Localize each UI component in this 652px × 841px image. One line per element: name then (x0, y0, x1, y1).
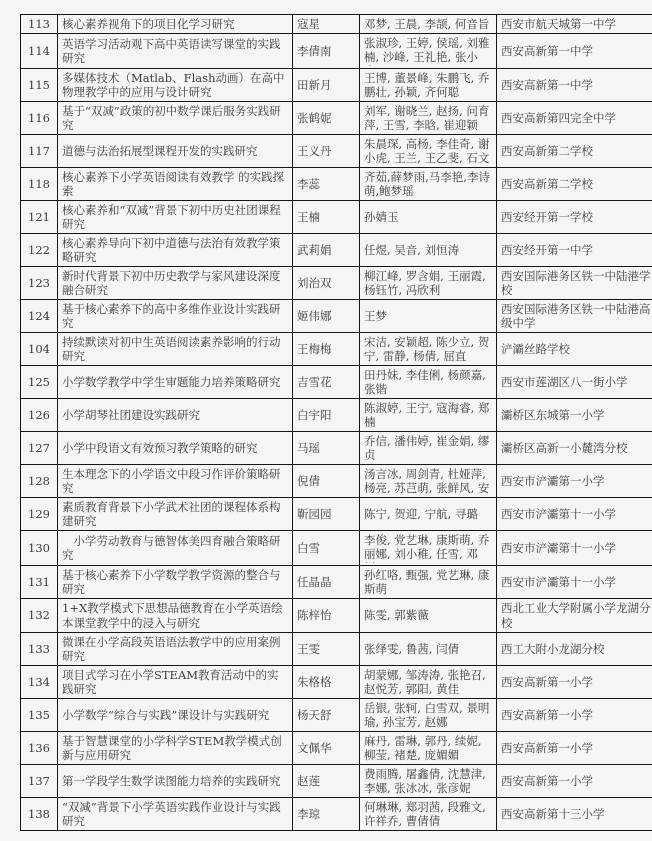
table-row: 117道德与法治拓展型课程开发的实践研究王义丹朱晨琛, 高杨, 李佳奇, 谢小虎… (21, 135, 652, 168)
school-name: 西安市浐灞第十一小学 (497, 531, 652, 566)
table-row: 104持续默读对初中生英语阅读素养影响的行动研究王梅梅宋洁, 安颖超, 陈少立,… (21, 333, 652, 366)
project-leader: 武莉娟 (293, 234, 360, 267)
project-leader: 李倩南 (293, 34, 360, 69)
project-members: 乔信, 潘伟婷, 崔金娟, 缪贞 (360, 432, 497, 465)
table-row: 137第一学段学生数学读图能力培养的实践研究赵莲费雨腾, 屠鑫倩, 沈慧津, 李… (21, 764, 652, 797)
table-row: 118核心素养下小学英语阅读有效教学 的实践探索李蕊齐茹,薛梦雨,马李艳,李诗萌… (21, 168, 652, 201)
row-number: 138 (21, 797, 58, 830)
table-row: 127小学中段语文有效预习教学策略的研究马瑶乔信, 潘伟婷, 崔金娟, 缪贞灞桥… (21, 432, 652, 465)
school-name: 西安高新第二学校 (497, 135, 652, 168)
project-title: 多媒体技术（Matlab、Flash动画）在高中物理教学中的应用与设计研究 (58, 69, 293, 102)
table-row: 121核心素养和“双减”背景下初中历史社团课程研究王楠孙婧玉西安经开第一学校 (21, 201, 652, 234)
project-title: 小学数学“综合与实践”课设计与实践研究 (58, 698, 293, 731)
row-number: 123 (21, 267, 58, 300)
project-members: 陈雯, 郭紫薇 (360, 599, 497, 632)
project-leader: 田新月 (293, 69, 360, 102)
row-number: 113 (21, 15, 58, 34)
project-leader: 陈梓怡 (293, 599, 360, 632)
row-number: 130 (21, 531, 58, 566)
school-name: 西安高新第一中学 (497, 69, 652, 102)
table-row: 125小学数学教学中学生审题能力培养策略研究吉雪花田丹妹, 李佳俐, 杨颜嘉, … (21, 366, 652, 399)
row-number: 126 (21, 399, 58, 432)
projects-table: 113核心素养视角下的项目化学习研究寇星邓梦, 王晨, 李颉, 何音旨西安市航天… (20, 14, 652, 831)
project-title: 核心素养导向下初中道德与法治有效教学策略研究 (58, 234, 293, 267)
project-title: 1+X教学模式下思想品德教育在小学英语绘本课堂教学中的浸入与研究 (58, 599, 293, 632)
project-members: 陈宁, 贺迎, 宁航, 寻璐 (360, 498, 497, 531)
project-title: 小学胡琴社团建设实践研究 (58, 399, 293, 432)
row-number: 122 (21, 234, 58, 267)
row-number: 116 (21, 102, 58, 135)
row-number: 128 (21, 465, 58, 498)
project-members: 邓梦, 王晨, 李颉, 何音旨 (360, 15, 497, 34)
project-title: 第一学段学生数学读图能力培养的实践研究 (58, 764, 293, 797)
project-title: 基于核心素养下的高中多维作业设计实践研究 (58, 300, 293, 333)
project-leader: 王雯 (293, 632, 360, 665)
project-members: 宋洁, 安颖超, 陈少立, 贺宁, 雷静, 杨倩, 屈直 (360, 333, 497, 366)
project-title: 小学劳动教育与德智体美四育融合策略研究 (58, 531, 293, 566)
project-leader: 赵莲 (293, 764, 360, 797)
table-row: 128生本理念下的小学语文中段习作评价策略研究倪倩汤言冰, 周剑青, 杜娅萍, … (21, 465, 652, 498)
table-row: 113核心素养视角下的项目化学习研究寇星邓梦, 王晨, 李颉, 何音旨西安市航天… (21, 15, 652, 34)
row-number: 104 (21, 333, 58, 366)
project-title: 小学数学教学中学生审题能力培养策略研究 (58, 366, 293, 399)
project-members: 任煜, 吴音, 刘恒涛 (360, 234, 497, 267)
project-leader: 白雪 (293, 531, 360, 566)
school-name: 西安市莲湖区八一街小学 (497, 366, 652, 399)
project-leader: 文佩华 (293, 731, 360, 764)
row-number: 134 (21, 665, 58, 698)
project-leader: 吉雪花 (293, 366, 360, 399)
project-title: 道德与法治拓展型课程开发的实践研究 (58, 135, 293, 168)
row-number: 133 (21, 632, 58, 665)
project-members: 刘军, 谢晓兰, 赵扬, 问育萍, 王雪, 李晗, 崔迎颖 (360, 102, 497, 135)
project-members: 柳江峰, 罗含娟, 王丽霞, 杨钰竹, 冯欣利 (360, 267, 497, 300)
project-members: 齐茹,薛梦雨,马李艳,李诗萌,鲍梦瑶 (360, 168, 497, 201)
school-name: 西安市浐灞第一小学 (497, 465, 652, 498)
row-number: 131 (21, 566, 58, 599)
project-title: 微课在小学高段英语语法教学中的应用案例研究 (58, 632, 293, 665)
school-name: 西安高新第二学校 (497, 168, 652, 201)
document-page: 113核心素养视角下的项目化学习研究寇星邓梦, 王晨, 李颉, 何音旨西安市航天… (0, 0, 652, 831)
row-number: 114 (21, 34, 58, 69)
table-row: 124基于核心素养下的高中多维作业设计实践研究姬伟娜王梦西安国际港务区铁一中陆港… (21, 300, 652, 333)
project-title: 核心素养视角下的项目化学习研究 (58, 15, 293, 34)
project-title: 英语学习活动观下高中英语读写课堂的实践研究 (58, 34, 293, 69)
project-leader: 王楠 (293, 201, 360, 234)
project-title: 核心素养下小学英语阅读有效教学 的实践探索 (58, 168, 293, 201)
row-number: 125 (21, 366, 58, 399)
row-number: 132 (21, 599, 58, 632)
project-title: 素质教育背景下小学武术社团的课程体系构建研究 (58, 498, 293, 531)
table-row: 126小学胡琴社团建设实践研究白宇阳陈淑婷, 王宁, 寇海睿, 郑楠灞桥区东城第… (21, 399, 652, 432)
school-name: 浐灞丝路学校 (497, 333, 652, 366)
project-members: 朱晨琛, 高杨, 李佳奇, 谢小虎, 王兰, 王乙斐, 石文 (360, 135, 497, 168)
row-number: 135 (21, 698, 58, 731)
school-name: 西安高新第四完全中学 (497, 102, 652, 135)
table-row: 115多媒体技术（Matlab、Flash动画）在高中物理教学中的应用与设计研究… (21, 69, 652, 102)
project-members: 王博, 董景峰, 朱鹏飞, 乔鹏壮, 孙颖, 齐何聪 (360, 69, 497, 102)
project-leader: 张鹤妮 (293, 102, 360, 135)
project-members: 张绎雯, 鲁茜, 闫倩 (360, 632, 497, 665)
school-name: 西安高新第一小学 (497, 665, 652, 698)
project-members: 麻丹, 雷琳, 郭丹, 续妮, 柳莹, 褚楚, 庞媚媚 (360, 731, 497, 764)
project-leader: 任晶晶 (293, 566, 360, 599)
project-leader: 朱格格 (293, 665, 360, 698)
table-row: 116基于“双减”政策的初中数学课后服务实践研究张鹤妮刘军, 谢晓兰, 赵扬, … (21, 102, 652, 135)
project-title: “双减”背景下小学英语实践作业设计与实践研究 (58, 797, 293, 830)
school-name: 西安高新第一小学 (497, 698, 652, 731)
project-title: 核心素养和“双减”背景下初中历史社团课程研究 (58, 201, 293, 234)
table-row: 114英语学习活动观下高中英语读写课堂的实践研究李倩南张淑珍, 王婷, 侯瑶, … (21, 34, 652, 69)
table-row: 122核心素养导向下初中道德与法治有效教学策略研究武莉娟任煜, 吴音, 刘恒涛西… (21, 234, 652, 267)
row-number: 121 (21, 201, 58, 234)
table-row: 135小学数学“综合与实践”课设计与实践研究杨天舒岳银, 张轲, 白雪双, 景明… (21, 698, 652, 731)
school-name: 西北工业大学附属小学龙湖分校 (497, 599, 652, 632)
school-name: 西安市浐灞第十一小学 (497, 566, 652, 599)
project-leader: 杨天舒 (293, 698, 360, 731)
school-name: 西工大附小龙湖分校 (497, 632, 652, 665)
row-number: 129 (21, 498, 58, 531)
table-row: 136基于智慧课堂的小学科学STEM教学模式创新与应用研究文佩华麻丹, 雷琳, … (21, 731, 652, 764)
school-name: 灞桥区高新一小麓湾分校 (497, 432, 652, 465)
row-number: 124 (21, 300, 58, 333)
row-number: 115 (21, 69, 58, 102)
project-leader: 王义丹 (293, 135, 360, 168)
table-row: 129素质教育背景下小学武术社团的课程体系构建研究靳园园陈宁, 贺迎, 宁航, … (21, 498, 652, 531)
project-title: 基于“双减”政策的初中数学课后服务实践研究 (58, 102, 293, 135)
school-name: 西安市浐灞第十一小学 (497, 498, 652, 531)
row-number: 117 (21, 135, 58, 168)
project-members: 费雨腾, 屠鑫倩, 沈慧津, 李娜, 张冰冰, 张彦妮 (360, 764, 497, 797)
school-name: 西安经开第一中学 (497, 234, 652, 267)
project-leader: 王梅梅 (293, 333, 360, 366)
row-number: 127 (21, 432, 58, 465)
school-name: 西安高新第一中学 (497, 34, 652, 69)
table-row: 123新时代背景下初中历史教学与家风建设深度融合研究刘治双柳江峰, 罗含娟, 王… (21, 267, 652, 300)
project-leader: 李蕊 (293, 168, 360, 201)
row-number: 118 (21, 168, 58, 201)
project-members: 王梦 (360, 300, 497, 333)
project-leader: 倪倩 (293, 465, 360, 498)
table-row: 131基于核心素养下小学数学教学资源的整合与研究任晶晶孙红咯, 甄强, 党艺琳,… (21, 566, 652, 599)
school-name: 西安国际港务区铁一中陆港学校 (497, 267, 652, 300)
project-members: 汤言冰, 周剑青, 杜娅萍, 杨亮, 苏芑萌, 张鲜风, 安 (360, 465, 497, 498)
school-name: 灞桥区东城第一小学 (497, 399, 652, 432)
table-row: 1321+X教学模式下思想品德教育在小学英语绘本课堂教学中的浸入与研究陈梓怡陈雯… (21, 599, 652, 632)
project-leader: 寇星 (293, 15, 360, 34)
project-title: 基于智慧课堂的小学科学STEM教学模式创新与应用研究 (58, 731, 293, 764)
table-row: 130 小学劳动教育与德智体美四育融合策略研究白雪李俊, 党艺琳, 康斯萌, 乔… (21, 531, 652, 566)
project-members: 何琳琳, 郑羽茜, 段雅文, 许祥乔, 曹倩倩 (360, 797, 497, 830)
school-name: 西安国际港务区铁一中陆港高级中学 (497, 300, 652, 333)
project-members: 孙婧玉 (360, 201, 497, 234)
project-title: 新时代背景下初中历史教学与家风建设深度融合研究 (58, 267, 293, 300)
project-members: 岳银, 张轲, 白雪双, 景明瑜, 孙宝芳, 赵娜 (360, 698, 497, 731)
project-members: 张淑珍, 王婷, 侯瑶, 刘雅楠, 沙峰, 王礼艳, 张小康, (360, 34, 497, 69)
project-members: 孙红咯, 甄强, 党艺琳, 康斯萌 (360, 566, 497, 599)
project-title: 项目式学习在小学STEAM教育活动中的实践研究 (58, 665, 293, 698)
school-name: 西安市航天城第一中学 (497, 15, 652, 34)
project-title: 基于核心素养下小学数学教学资源的整合与研究 (58, 566, 293, 599)
table-row: 133微课在小学高段英语语法教学中的应用案例研究王雯张绎雯, 鲁茜, 闫倩西工大… (21, 632, 652, 665)
school-name: 西安经开第一学校 (497, 201, 652, 234)
row-number: 136 (21, 731, 58, 764)
project-title: 小学中段语文有效预习教学策略的研究 (58, 432, 293, 465)
project-members: 胡蒙娜, 邹涛涛, 张艳召, 赵悦芳, 郭阳, 黄佳 (360, 665, 497, 698)
table-row: 134项目式学习在小学STEAM教育活动中的实践研究朱格格胡蒙娜, 邹涛涛, 张… (21, 665, 652, 698)
project-members: 陈淑婷, 王宁, 寇海睿, 郑楠 (360, 399, 497, 432)
school-name: 西安高新第一小学 (497, 764, 652, 797)
project-title: 持续默读对初中生英语阅读素养影响的行动研究 (58, 333, 293, 366)
table-row: 138“双减”背景下小学英语实践作业设计与实践研究李琼何琳琳, 郑羽茜, 段雅文… (21, 797, 652, 830)
project-members: 田丹妹, 李佳俐, 杨颜嘉, 张锴 (360, 366, 497, 399)
row-number: 137 (21, 764, 58, 797)
school-name: 西安高新第一小学 (497, 731, 652, 764)
project-title: 生本理念下的小学语文中段习作评价策略研究 (58, 465, 293, 498)
project-leader: 马瑶 (293, 432, 360, 465)
project-members: 李俊, 党艺琳, 康斯萌, 乔丽娜, 刘小稚, 任雪, 邓婵, (360, 531, 497, 566)
project-leader: 靳园园 (293, 498, 360, 531)
project-leader: 姬伟娜 (293, 300, 360, 333)
project-leader: 白宇阳 (293, 399, 360, 432)
project-leader: 刘治双 (293, 267, 360, 300)
project-leader: 李琼 (293, 797, 360, 830)
school-name: 西安高新第十三小学 (497, 797, 652, 830)
